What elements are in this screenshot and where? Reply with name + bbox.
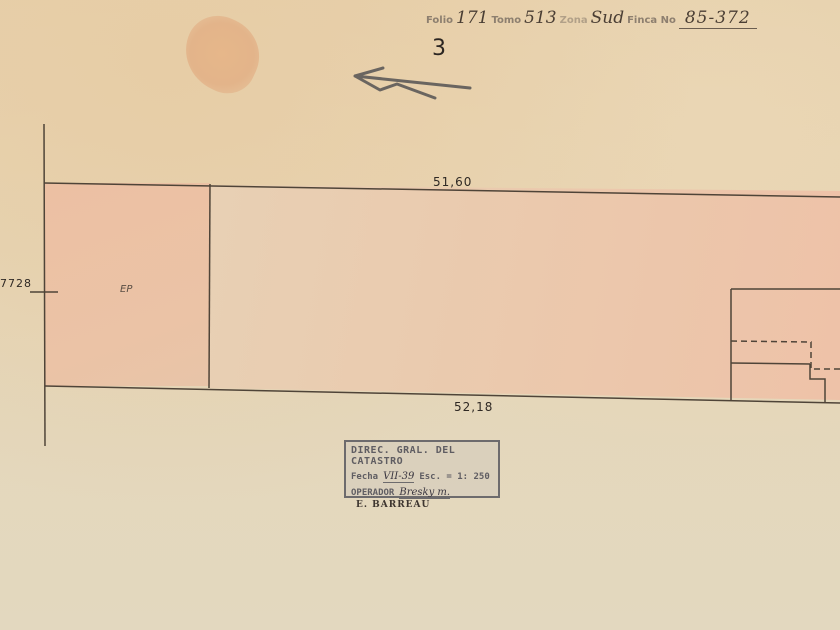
operador-label: OPERADOR bbox=[351, 488, 394, 498]
parcel-label: EP bbox=[120, 284, 132, 295]
stamp-date-row: Fecha VII-39 Esc. = 1: 250 bbox=[351, 471, 493, 483]
stamp-operator-row: OPERADOR Bresky m. bbox=[351, 487, 493, 499]
fecha-value: VII-39 bbox=[383, 471, 414, 483]
operador-value: Bresky m. bbox=[399, 487, 450, 499]
cadastre-stamp: DIREC. GRAL. DEL CATASTRO Fecha VII-39 E… bbox=[344, 440, 500, 498]
author-name: E. BARREAU bbox=[356, 500, 430, 510]
left-reference: 7728 bbox=[0, 277, 32, 290]
stamp-title: DIREC. GRAL. DEL CATASTRO bbox=[351, 445, 493, 467]
scale-label: Esc. = 1: 250 bbox=[419, 472, 489, 482]
bottom-dimension: 52,18 bbox=[454, 400, 493, 414]
plan-lines bbox=[0, 0, 840, 630]
top-dimension: 51,60 bbox=[433, 175, 472, 189]
fecha-label: Fecha bbox=[351, 472, 378, 482]
